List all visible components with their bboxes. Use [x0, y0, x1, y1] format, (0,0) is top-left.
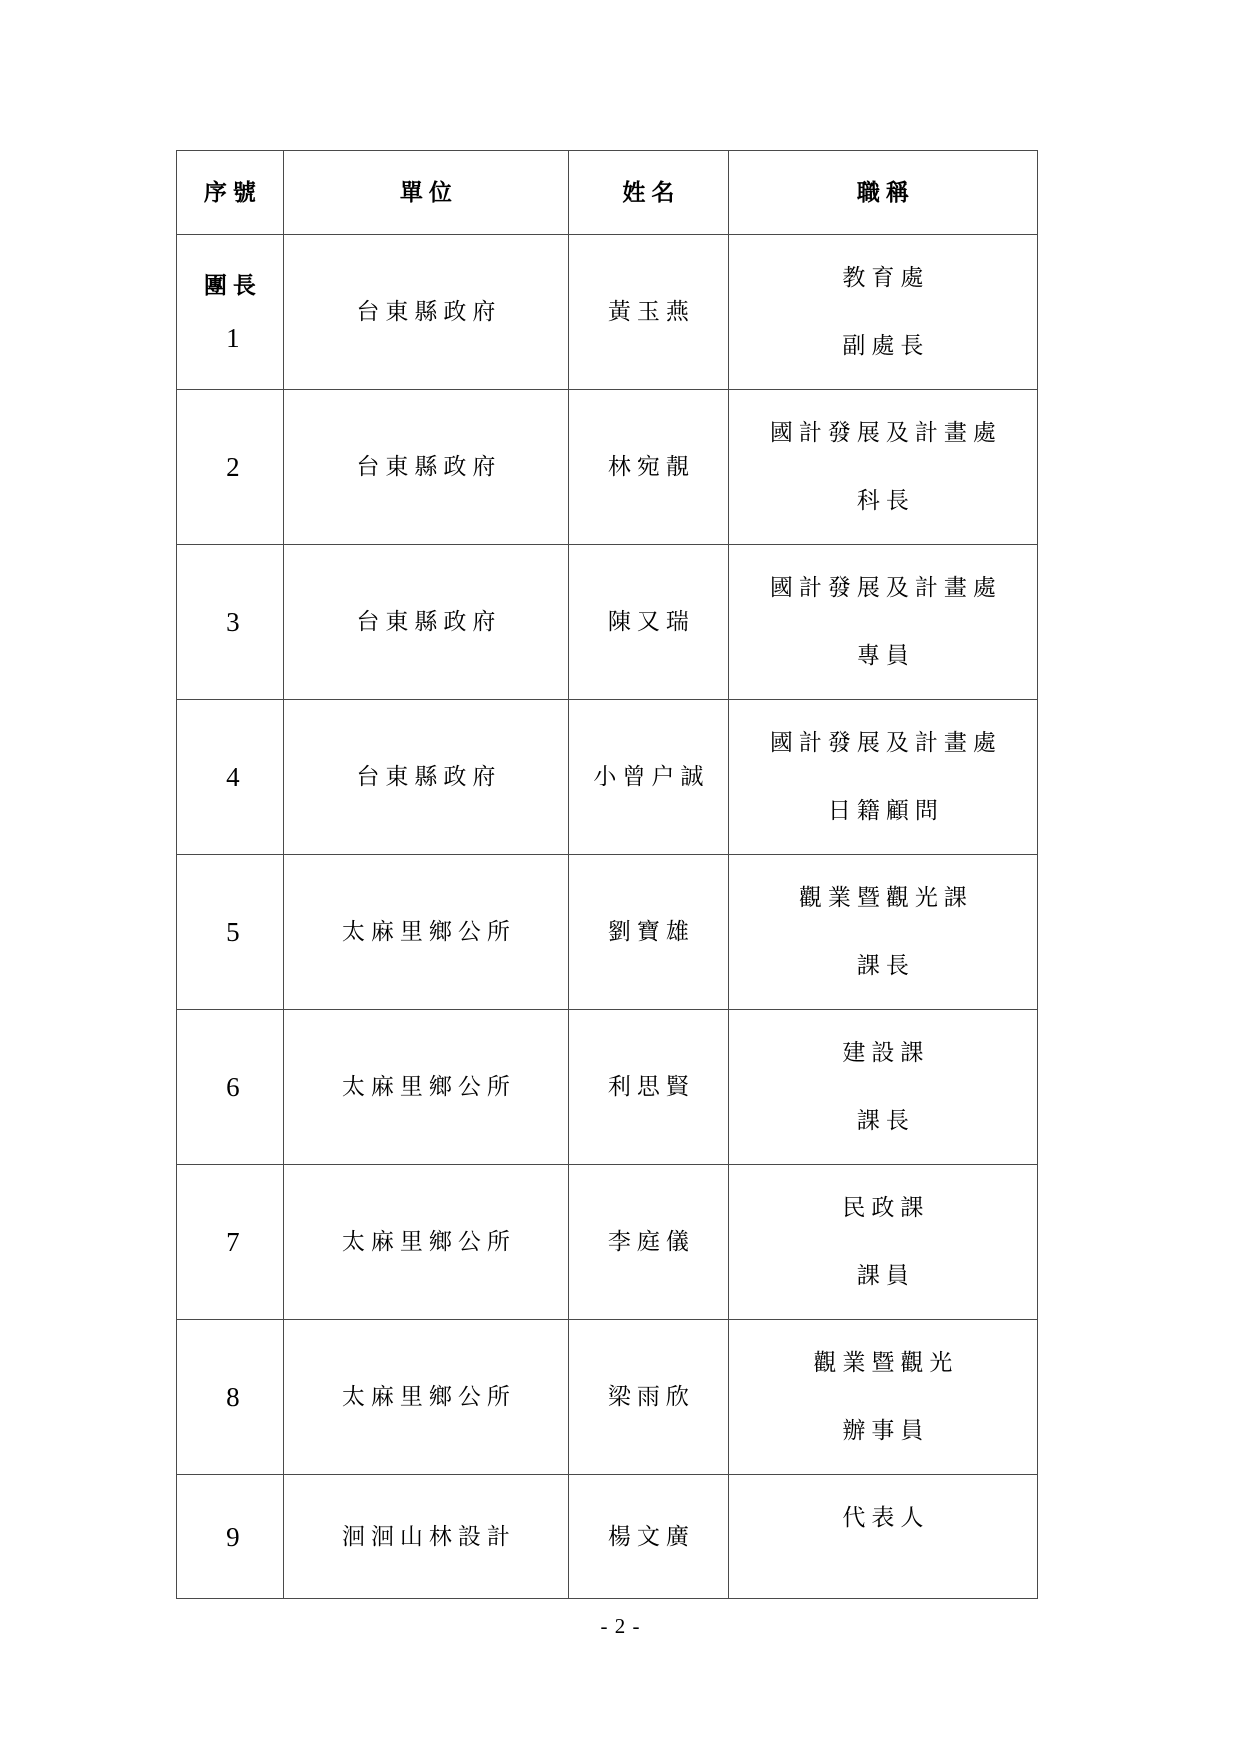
table-row: 團長 1 台東縣政府 黃玉燕 教育處 副處長 [177, 234, 1037, 389]
title-line1: 民政課 [836, 1193, 929, 1223]
serial-number: 3 [220, 607, 240, 637]
cell-unit: 太麻里鄉公所 [283, 1010, 568, 1164]
cell-name: 利思賢 [568, 1010, 728, 1164]
title-line2: 專員 [851, 641, 915, 671]
header-name: 姓名 [568, 151, 728, 234]
cell-title: 國計發展及計畫處 專員 [728, 545, 1037, 699]
unit-text: 台東縣政府 [350, 297, 501, 327]
header-serial-label: 序號 [198, 178, 262, 208]
cell-serial: 9 [177, 1475, 283, 1598]
unit-text: 太麻里鄉公所 [336, 917, 516, 947]
title-line1: 國計發展及計畫處 [764, 728, 1002, 758]
serial-number: 6 [220, 1072, 240, 1102]
cell-unit: 太麻里鄉公所 [283, 855, 568, 1009]
title-line1: 觀業暨觀光課 [793, 883, 973, 913]
cell-title: 觀業暨觀光 辦事員 [728, 1320, 1037, 1474]
title-line1: 代表人 [836, 1503, 929, 1533]
cell-title: 觀業暨觀光課 課長 [728, 855, 1037, 1009]
title-line2: 課長 [851, 951, 915, 981]
roster-table: 序號 單位 姓名 職稱 團長 1 台東縣政府 黃玉燕 教育處 副處長 2 台東縣… [176, 150, 1038, 1599]
title-line2: 辦事員 [836, 1416, 929, 1446]
name-text: 梁雨欣 [602, 1382, 695, 1412]
title-line2: 課長 [851, 1106, 915, 1136]
serial-number: 9 [220, 1522, 240, 1552]
unit-text: 太麻里鄉公所 [336, 1227, 516, 1257]
cell-name: 小曾户誠 [568, 700, 728, 854]
unit-text: 台東縣政府 [350, 762, 501, 792]
table-header-row: 序號 單位 姓名 職稱 [177, 151, 1037, 234]
cell-unit: 台東縣政府 [283, 545, 568, 699]
table-row: 2 台東縣政府 林宛靚 國計發展及計畫處 科長 [177, 389, 1037, 544]
title-line2: 副處長 [836, 331, 929, 361]
serial-prefix: 團長 [198, 271, 262, 301]
cell-serial: 6 [177, 1010, 283, 1164]
table-row: 6 太麻里鄉公所 利思賢 建設課 課長 [177, 1009, 1037, 1164]
table-row: 9 洄洄山林設計 楊文廣 代表人 [177, 1474, 1037, 1598]
cell-serial: 3 [177, 545, 283, 699]
title-line1: 建設課 [836, 1038, 929, 1068]
serial-number: 1 [220, 323, 240, 353]
cell-title: 國計發展及計畫處 日籍顧問 [728, 700, 1037, 854]
cell-serial: 5 [177, 855, 283, 1009]
cell-name: 黃玉燕 [568, 235, 728, 389]
serial-number: 5 [220, 917, 240, 947]
cell-serial: 2 [177, 390, 283, 544]
serial-number: 7 [220, 1227, 240, 1257]
unit-text: 台東縣政府 [350, 452, 501, 482]
serial-number: 4 [220, 762, 240, 792]
cell-unit: 洄洄山林設計 [283, 1475, 568, 1598]
serial-number: 8 [220, 1382, 240, 1412]
cell-unit: 台東縣政府 [283, 390, 568, 544]
title-line2: 科長 [851, 486, 915, 516]
unit-text: 太麻里鄉公所 [336, 1382, 516, 1412]
title-line1: 國計發展及計畫處 [764, 418, 1002, 448]
cell-title: 建設課 課長 [728, 1010, 1037, 1164]
serial-number: 2 [220, 452, 240, 482]
unit-text: 太麻里鄉公所 [336, 1072, 516, 1102]
unit-text: 台東縣政府 [350, 607, 501, 637]
table-row: 8 太麻里鄉公所 梁雨欣 觀業暨觀光 辦事員 [177, 1319, 1037, 1474]
cell-serial: 7 [177, 1165, 283, 1319]
name-text: 林宛靚 [602, 452, 695, 482]
cell-serial: 8 [177, 1320, 283, 1474]
name-text: 陳又瑞 [602, 607, 695, 637]
cell-name: 陳又瑞 [568, 545, 728, 699]
header-title-label: 職稱 [851, 178, 915, 208]
cell-name: 楊文廣 [568, 1475, 728, 1598]
header-name-label: 姓名 [616, 178, 680, 208]
table-row: 7 太麻里鄉公所 李庭儀 民政課 課員 [177, 1164, 1037, 1319]
cell-title: 教育處 副處長 [728, 235, 1037, 389]
document-page: 序號 單位 姓名 職稱 團長 1 台東縣政府 黃玉燕 教育處 副處長 2 台東縣… [0, 0, 1241, 1755]
name-text: 小曾户誠 [587, 762, 709, 792]
title-line1: 觀業暨觀光 [807, 1348, 958, 1378]
cell-name: 李庭儀 [568, 1165, 728, 1319]
page-number: - 2 - [0, 1614, 1241, 1639]
cell-name: 林宛靚 [568, 390, 728, 544]
name-text: 劉寶雄 [602, 917, 695, 947]
header-serial: 序號 [177, 151, 283, 234]
table-row: 3 台東縣政府 陳又瑞 國計發展及計畫處 專員 [177, 544, 1037, 699]
name-text: 李庭儀 [602, 1227, 695, 1257]
cell-serial: 4 [177, 700, 283, 854]
header-unit: 單位 [283, 151, 568, 234]
cell-title: 國計發展及計畫處 科長 [728, 390, 1037, 544]
name-text: 楊文廣 [602, 1522, 695, 1552]
cell-unit: 台東縣政府 [283, 235, 568, 389]
cell-name: 梁雨欣 [568, 1320, 728, 1474]
table-row: 5 太麻里鄉公所 劉寶雄 觀業暨觀光課 課長 [177, 854, 1037, 1009]
table-row: 4 台東縣政府 小曾户誠 國計發展及計畫處 日籍顧問 [177, 699, 1037, 854]
header-unit-label: 單位 [394, 178, 458, 208]
title-line1: 教育處 [836, 263, 929, 293]
cell-unit: 太麻里鄉公所 [283, 1165, 568, 1319]
header-title: 職稱 [728, 151, 1037, 234]
cell-serial: 團長 1 [177, 235, 283, 389]
title-line2: 日籍顧問 [822, 796, 944, 826]
cell-unit: 台東縣政府 [283, 700, 568, 854]
name-text: 黃玉燕 [602, 297, 695, 327]
cell-title: 民政課 課員 [728, 1165, 1037, 1319]
cell-unit: 太麻里鄉公所 [283, 1320, 568, 1474]
name-text: 利思賢 [602, 1072, 695, 1102]
unit-text: 洄洄山林設計 [336, 1522, 516, 1552]
cell-title: 代表人 [728, 1475, 1037, 1598]
cell-name: 劉寶雄 [568, 855, 728, 1009]
title-line1: 國計發展及計畫處 [764, 573, 1002, 603]
title-line2: 課員 [851, 1261, 915, 1291]
